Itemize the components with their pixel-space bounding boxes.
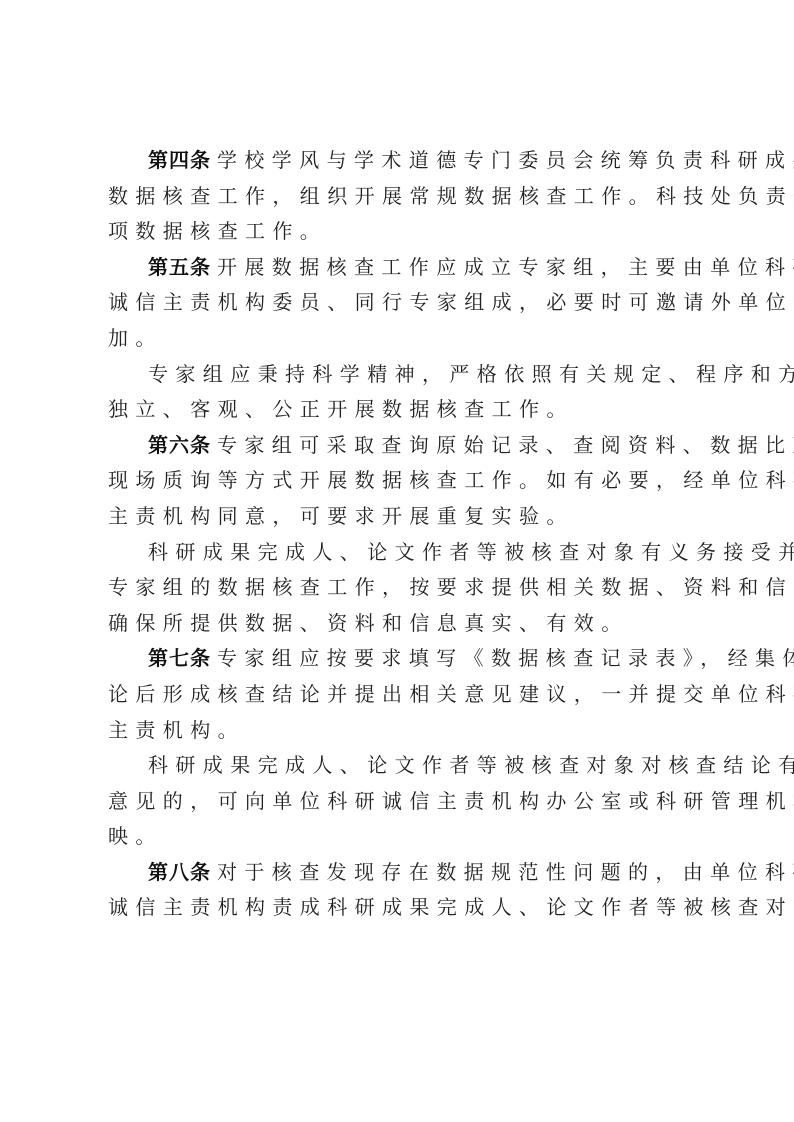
article-number: 第四条 [148, 148, 211, 172]
paragraph-line: 诚信主责机构责成科研成果完成人、论文作者等被核查对象及时 [108, 890, 698, 926]
article-number: 第八条 [148, 860, 211, 884]
paragraph-line: 专家组的数据核查工作，按要求提供相关数据、资料和信息，并 [108, 570, 698, 606]
paragraph-line: 映。 [108, 819, 698, 855]
paragraph-line: 数据核查工作，组织开展常规数据核查工作。科技处负责开展专 [108, 179, 698, 215]
article-8-paragraph: 第八条对于核查发现存在数据规范性问题的，由单位科研 诚信主责机构责成科研成果完成… [108, 855, 698, 926]
paragraph-line: 项数据核查工作。 [108, 214, 698, 250]
article-4-paragraph: 第四条学校学风与学术道德专门委员会统筹负责科研成果 数据核查工作，组织开展常规数… [108, 143, 698, 250]
paragraph-text: 专家组应按要求填写《数据核查记录表》，经集体讨 [217, 646, 794, 670]
paragraph-line: 第六条专家组可采取查询原始记录、查阅资料、数据比对、 [108, 428, 698, 464]
paragraph-text: 专家组可采取查询原始记录、查阅资料、数据比对、 [217, 433, 794, 457]
paragraph-line: 独立、客观、公正开展数据核查工作。 [108, 392, 698, 428]
paragraph-line: 第五条开展数据核查工作应成立专家组，主要由单位科研 [108, 250, 698, 286]
paragraph-line: 第八条对于核查发现存在数据规范性问题的，由单位科研 [108, 855, 698, 891]
article-number: 第六条 [148, 433, 211, 457]
article-number: 第七条 [148, 646, 211, 670]
paragraph-text: 学校学风与学术道德专门委员会统筹负责科研成果 [217, 148, 794, 172]
paragraph-line: 专家组应秉持科学精神，严格依照有关规定、程序和方法， [108, 357, 698, 393]
article-7-continuation-paragraph: 科研成果完成人、论文作者等被核查对象对核查结论有不同 意见的，可向单位科研诚信主… [108, 748, 698, 855]
paragraph-line: 主责机构。 [108, 713, 698, 749]
article-number: 第五条 [148, 255, 211, 279]
paragraph-line: 论后形成核查结论并提出相关意见建议，一并提交单位科研诚信 [108, 677, 698, 713]
paragraph-line: 加。 [108, 321, 698, 357]
paragraph-line: 现场质询等方式开展数据核查工作。如有必要，经单位科研诚信 [108, 463, 698, 499]
paragraph-line: 确保所提供数据、资料和信息真实、有效。 [108, 606, 698, 642]
paragraph-line: 第四条学校学风与学术道德专门委员会统筹负责科研成果 [108, 143, 698, 179]
paragraph-line: 诚信主责机构委员、同行专家组成，必要时可邀请外单位专家参 [108, 285, 698, 321]
paragraph-line: 科研成果完成人、论文作者等被核查对象有义务接受并配合 [108, 535, 698, 571]
article-6-continuation-paragraph: 科研成果完成人、论文作者等被核查对象有义务接受并配合 专家组的数据核查工作，按要… [108, 535, 698, 642]
article-5-continuation-paragraph: 专家组应秉持科学精神，严格依照有关规定、程序和方法， 独立、客观、公正开展数据核… [108, 357, 698, 428]
document-page: 第四条学校学风与学术道德专门委员会统筹负责科研成果 数据核查工作，组织开展常规数… [108, 143, 698, 926]
paragraph-text: 对于核查发现存在数据规范性问题的，由单位科研 [217, 860, 794, 884]
paragraph-line: 第七条专家组应按要求填写《数据核查记录表》，经集体讨 [108, 641, 698, 677]
article-5-paragraph: 第五条开展数据核查工作应成立专家组，主要由单位科研 诚信主责机构委员、同行专家组… [108, 250, 698, 357]
paragraph-line: 主责机构同意，可要求开展重复实验。 [108, 499, 698, 535]
paragraph-line: 科研成果完成人、论文作者等被核查对象对核查结论有不同 [108, 748, 698, 784]
article-6-paragraph: 第六条专家组可采取查询原始记录、查阅资料、数据比对、 现场质询等方式开展数据核查… [108, 428, 698, 535]
article-7-paragraph: 第七条专家组应按要求填写《数据核查记录表》，经集体讨 论后形成核查结论并提出相关… [108, 641, 698, 748]
paragraph-text: 开展数据核查工作应成立专家组，主要由单位科研 [217, 255, 794, 279]
paragraph-line: 意见的，可向单位科研诚信主责机构办公室或科研管理机构反 [108, 784, 698, 820]
